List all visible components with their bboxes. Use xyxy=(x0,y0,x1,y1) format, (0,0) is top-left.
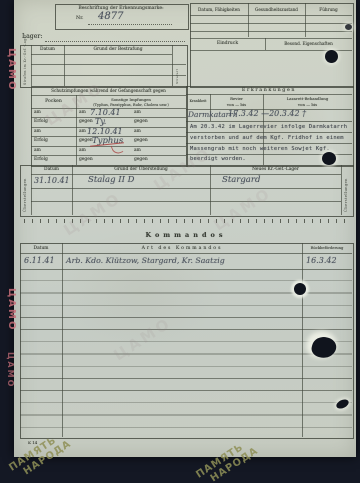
ueberstellungen-lager-header: Neues Kr.-Gef.-Lager xyxy=(210,167,341,172)
am-label: am xyxy=(134,148,141,153)
erfolg-label: Erfolg xyxy=(34,157,48,162)
impfung-date-1: 7.10.41 xyxy=(90,108,121,117)
impfungen-line xyxy=(31,146,186,147)
kommando-datum-entry: 6.11.41 xyxy=(24,256,55,265)
am-label: am xyxy=(134,129,141,134)
impfung-date-2: 12.10.41 xyxy=(87,127,123,136)
ueberstellung-datum-entry: 31.10.41 xyxy=(34,176,70,185)
status-row-line xyxy=(190,38,352,39)
kommando-rueck-entry: 16.3.42 xyxy=(306,256,337,265)
lager-dotted-line xyxy=(45,41,185,42)
strafen-col-divider xyxy=(172,45,173,86)
archive-watermark-vertical: ЦАМО xyxy=(6,288,17,331)
gegen-label: gegen xyxy=(79,119,93,124)
status-col2-header: Gesundheitszustand xyxy=(248,7,305,12)
strafen-datum-header: Datum xyxy=(31,47,64,52)
ueberstellungen-side-label-left: Überstellungen xyxy=(23,170,27,212)
hole-punch xyxy=(294,283,306,295)
am-label: am xyxy=(79,148,86,153)
death-note-line1: Am 20.3.42 im Lagerrevier infolge Darmka… xyxy=(190,124,347,130)
ueberstellungen-col-divider xyxy=(210,165,211,215)
krankheit-header: Krankheit xyxy=(186,99,210,103)
kommandos-rueck-header: Rückbeförderung xyxy=(302,246,352,250)
erkrankungen-line xyxy=(186,132,352,133)
ueberstellung-grund-entry: Stalag II D xyxy=(88,175,134,185)
kommandos-datum-header: Datum xyxy=(20,246,62,251)
krankheit-dates-entry: 17.3.42 —20.3.42 † xyxy=(228,109,306,118)
archive-watermark-vertical: ЦАМО xyxy=(6,352,15,388)
kommando-art-entry: Arb. Kdo. Klützow, Stargard, Kr. Saatzig xyxy=(66,256,225,265)
strafen-row-line xyxy=(31,75,186,76)
am-label: am xyxy=(34,110,41,115)
strafen-strafart-header: Strafart xyxy=(175,50,179,84)
strafen-row-line xyxy=(31,54,172,55)
am-label: am xyxy=(34,148,41,153)
ueberstellungen-side-label-right: Überstellungen xyxy=(344,170,348,212)
ueberstellung-lager-entry: Stargard xyxy=(222,175,260,185)
lazarett-header-line1: Lazarett-Behandlung xyxy=(263,96,352,101)
death-note-line2: verstorben und auf dem Kgf. Fridhof in e… xyxy=(190,135,344,141)
nr-label: Nr. xyxy=(76,16,84,21)
nr-dotted-line xyxy=(88,24,172,25)
ueberstellungen-datum-header: Datum xyxy=(31,167,72,172)
erkrankungen-title: Erkrankungen xyxy=(186,88,352,93)
hole-punch xyxy=(345,24,352,30)
strafen-side-label: Strafen im Kr.-Gef.-Lager xyxy=(23,47,27,85)
nr-value-handwritten: 4877 xyxy=(98,11,123,22)
status-col3-header: Führung xyxy=(305,7,352,12)
erkrankungen-line xyxy=(186,143,352,144)
am-label: am xyxy=(34,129,41,134)
impfungen-title: Schutzimpfungen während der Gefangenscha… xyxy=(31,88,186,93)
ueberstellungen-side-divider xyxy=(341,165,342,215)
hole-punch xyxy=(322,152,336,165)
gegen-label: gegen xyxy=(79,138,93,143)
status-col1-header: Datum, Fähigkeiten xyxy=(190,7,248,12)
revier-header-line1: Revier xyxy=(210,96,263,101)
revier-header-line2: von — bis xyxy=(210,102,263,107)
ueberstellungen-col-divider xyxy=(72,165,73,215)
impfung-gegen-1: Ty. xyxy=(95,117,106,126)
am-label: am xyxy=(79,129,86,134)
archive-watermark-vertical: ЦАМО xyxy=(6,48,17,91)
death-note-line3: Massengrab mit noch weiteren Sowjet Kgf. xyxy=(190,146,330,152)
impfungen-line xyxy=(31,155,186,156)
sonstige-header-line2: (Typhus, Paratyphus, Ruhr, Cholera usw.) xyxy=(76,103,186,107)
ueberstellungen-line xyxy=(31,188,341,189)
besond-eigenschaften-label: Besond. Eigenschaften xyxy=(265,41,352,46)
erfolg-label: Erfolg xyxy=(34,138,48,143)
status-row-line xyxy=(190,15,352,16)
eindruck-label: Eindruck xyxy=(190,41,265,46)
erkrankungen-line xyxy=(186,121,352,122)
ueberstellungen-line xyxy=(31,201,341,202)
gegen-label: gegen xyxy=(134,157,148,162)
status-row-line xyxy=(190,31,352,32)
ueberstellungen-side-divider xyxy=(31,165,32,215)
gegen-label: gegen xyxy=(79,157,93,162)
strafen-grund-header: Grund der Bestrafung xyxy=(64,47,172,52)
impfungen-line xyxy=(31,95,186,96)
strafen-row-line xyxy=(31,64,186,65)
hole-punch xyxy=(325,50,338,63)
gegen-label: gegen xyxy=(134,138,148,143)
kommandos-art-header: Art des Kommandos xyxy=(62,246,302,251)
kommandos-header-line xyxy=(20,253,352,254)
lazarett-header-line2: von — bis xyxy=(263,102,352,107)
am-label: am xyxy=(134,110,141,115)
scanned-pow-card-page: Beschriftung der Erkennungsmarke: Nr. 48… xyxy=(0,0,360,483)
status-row-line xyxy=(190,23,352,24)
gegen-label: gegen xyxy=(134,119,148,124)
